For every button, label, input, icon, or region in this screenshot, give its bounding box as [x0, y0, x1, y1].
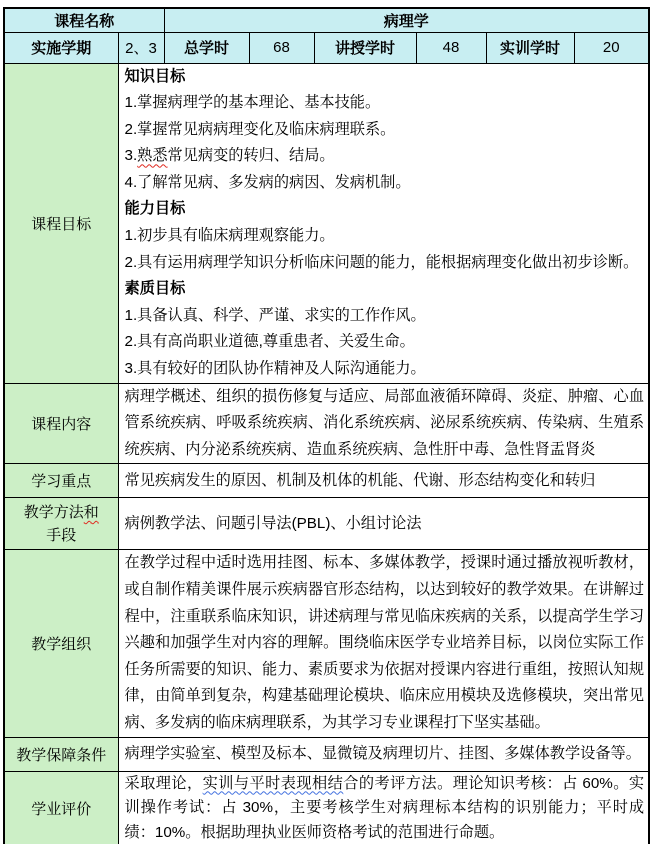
evaluation-label: 学业评价 [4, 771, 118, 844]
teaching-support-label: 教学保障条件 [4, 737, 118, 771]
text-segment: 手段 [46, 527, 76, 544]
text-segment: 在教学过程中适时选用挂图、标本、多媒体教学，授课时通过播放视听教材，或自制作精美… [125, 554, 645, 731]
row-hours: 实施学期 2、3 总学时 68 讲授学时 48 实训学时 20 [4, 32, 649, 63]
teaching-methods-content: 病例教学法、问题引导法(PBL)、小组讨论法 [118, 498, 649, 550]
teaching-organization-content: 在教学过程中适时选用挂图、标本、多媒体教学，授课时通过播放视听教材，或自制作精美… [118, 550, 649, 737]
course-objectives-label: 课程目标 [4, 63, 118, 383]
text-segment: 3. [125, 147, 138, 164]
course-name-label-cell: 课程名称 [4, 8, 164, 32]
row-teaching-organization: 教学组织 在教学过程中适时选用挂图、标本、多媒体教学，授课时通过播放视听教材，或… [4, 550, 649, 737]
key-points-label: 学习重点 [4, 464, 118, 498]
practice-hours-label-cell: 实训学时 [486, 32, 574, 63]
course-objectives-content: 知识目标1.掌握病理学的基本理论、基本技能。2.掌握常见病病理变化及临床病理联系… [118, 63, 649, 383]
text-segment: 病例教学法、问题引导法(PBL)、小组讨论法 [125, 515, 422, 532]
row-course-objectives: 课程目标 知识目标1.掌握病理学的基本理论、基本技能。2.掌握常见病病理变化及临… [4, 63, 649, 383]
text-segment: 知识目标 [125, 68, 186, 85]
key-points-content: 常见疾病发生的原因、机制及机体的机能、代谢、形态结构变化和转归 [118, 464, 649, 498]
text-segment: 2.具有高尚职业道德,尊重患者、关爱生命。 [125, 333, 415, 350]
course-name-value-cell: 病理学 [164, 8, 649, 32]
row-evaluation: 学业评价 采取理论，实训与平时表现相结合的考评方法。理论知识考核：占 60%。实… [4, 771, 649, 844]
teaching-organization-label: 教学组织 [4, 550, 118, 737]
row-key-points: 学习重点 常见疾病发生的原因、机制及机体的机能、代谢、形态结构变化和转归 [4, 464, 649, 498]
text-segment: 能力目标 [125, 200, 186, 217]
row-course-name: 课程名称 病理学 [4, 8, 649, 32]
lecture-hours-value-cell: 48 [416, 32, 486, 63]
text-segment: 2.具有运用病理学知识分析临床问题的能力，能根据病理变化做出初步诊断。 [125, 254, 639, 271]
lecture-hours-label-cell: 讲授学时 [314, 32, 416, 63]
semester-value-cell: 2、3 [118, 32, 164, 63]
row-course-content: 课程内容 病理学概述、组织的损伤修复与适应、局部血液循环障碍、炎症、肿瘤、心血管… [4, 383, 649, 464]
text-segment: 1.初步具有临床病理观察能力。 [125, 227, 335, 244]
row-teaching-methods: 教学方法和手段 病例教学法、问题引导法(PBL)、小组讨论法 [4, 498, 649, 550]
text-segment: 病理学实验室、模型及标本、显微镜及病理切片、挂图、多媒体教学设备等。 [125, 745, 641, 762]
practice-hours-value-cell: 20 [574, 32, 649, 63]
teaching-methods-label: 教学方法和手段 [4, 498, 118, 550]
course-syllabus-table: 课程名称 病理学 实施学期 2、3 总学时 68 讲授学时 48 实训学时 20… [3, 7, 650, 844]
course-content-content: 病理学概述、组织的损伤修复与适应、局部血液循环障碍、炎症、肿瘤、心血管系统疾病、… [118, 383, 649, 464]
text-segment: 4.了解常见病、多发病的病因、发病机制。 [125, 174, 411, 191]
total-hours-value-cell: 68 [249, 32, 314, 63]
row-teaching-support: 教学保障条件 病理学实验室、模型及标本、显微镜及病理切片、挂图、多媒体教学设备等… [4, 737, 649, 771]
spellcheck-underlined-text: 实训与平时表现相结 [203, 775, 344, 792]
text-segment: 2.掌握常见病病理变化及临床病理联系。 [125, 121, 396, 138]
spellcheck-underlined-text: 和 [84, 504, 99, 521]
evaluation-content: 采取理论，实训与平时表现相结合的考评方法。理论知识考核：占 60%。实训操作考试… [118, 771, 649, 844]
text-segment: 3.具有较好的团队协作精神及人际沟通能力。 [125, 360, 426, 377]
text-segment: 常见疾病发生的原因、机制及机体的机能、代谢、形态结构变化和转归 [125, 472, 596, 489]
text-segment: 1.掌握病理学的基本理论、基本技能。 [125, 94, 381, 111]
spellcheck-underlined-text: 熟悉 [137, 147, 167, 164]
text-segment: 采取理论， [125, 775, 203, 792]
text-segment: 教学方法 [24, 504, 84, 521]
text-segment: 1.具备认真、科学、严谨、求实的工作作风。 [125, 307, 426, 324]
semester-label-cell: 实施学期 [4, 32, 118, 63]
text-segment: 素质目标 [125, 280, 186, 297]
total-hours-label-cell: 总学时 [164, 32, 249, 63]
teaching-support-content: 病理学实验室、模型及标本、显微镜及病理切片、挂图、多媒体教学设备等。 [118, 737, 649, 771]
course-content-label: 课程内容 [4, 383, 118, 464]
text-segment: 常见病变的转归、结局。 [168, 147, 335, 164]
text-segment: 病理学概述、组织的损伤修复与适应、局部血液循环障碍、炎症、肿瘤、心血管系统疾病、… [125, 388, 645, 458]
